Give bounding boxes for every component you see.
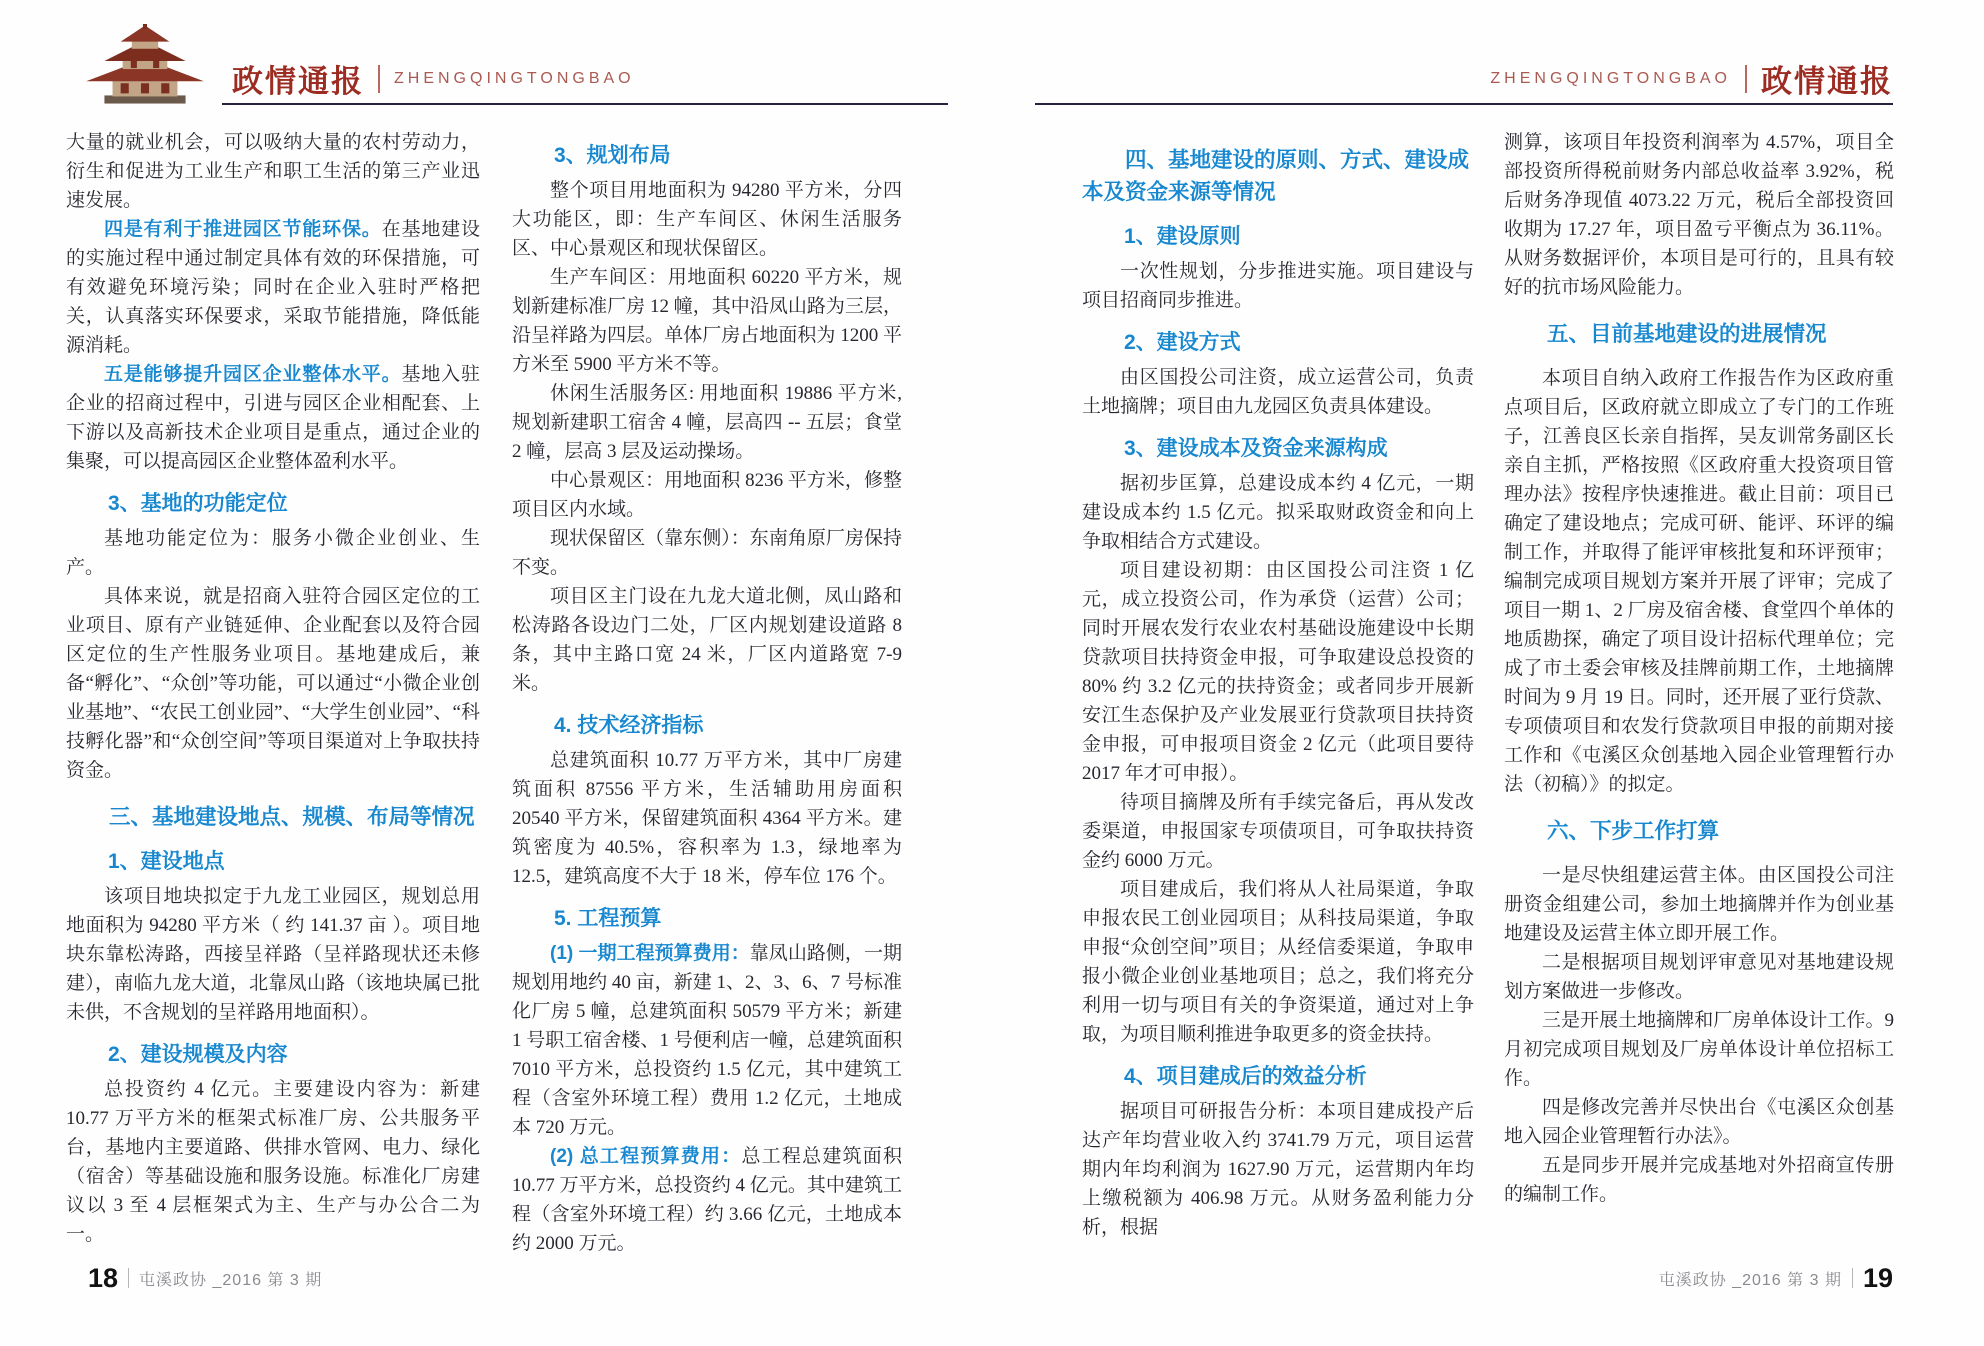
paragraph: 五是能够提升园区企业整体水平。基地入驻企业的招商过程中，引进与园区企业相配套、上… [66, 360, 480, 476]
body-text: 本项目自纳入政府工作报告作为区政府重点项目后，区政府就立即成立了专门的工作班子，… [1504, 368, 1894, 795]
masthead-divider [378, 65, 380, 93]
lead-in-text: (2) 总工程预算费用： [550, 1146, 741, 1167]
paragraph: 四是有利于推进园区节能环保。在基地建设的实施过程中通过制定具体有效的环保措施，可… [66, 215, 480, 360]
lead-in-text: 五是能够提升园区企业整体水平。 [104, 364, 401, 385]
section-heading: 六、下步工作打算 [1504, 815, 1894, 847]
sub-heading: 2、建设方式 [1082, 328, 1474, 357]
body-text: 待项目摘牌及所有手续完备后，再从发改委渠道，申报国家专项债项目，可争取扶持资金约… [1082, 792, 1474, 871]
paragraph: 五是同步开展并完成基地对外招商宣传册的编制工作。 [1504, 1151, 1894, 1209]
sub-heading: 2、建设规模及内容 [66, 1040, 480, 1069]
masthead-title-en: ZHENGQINGTONGBAO [1490, 70, 1731, 88]
sub-heading: 4. 技术经济指标 [512, 711, 902, 740]
body-text: 据初步匡算，总建设成本约 4 亿元，一期建设成本约 1.5 亿元。拟采取财政资金… [1082, 473, 1474, 552]
paragraph: 据项目可研报告分析：本项目建成投产后达产年均营业收入约 3741.79 万元，项… [1082, 1097, 1474, 1242]
body-text: 测算，该项目年投资利润率为 4.57%，项目全部投资所得税前财务内部总收益率 3… [1504, 132, 1894, 298]
journal-title: 屯溪政协 _2016 第 3 期 [139, 1267, 322, 1290]
masthead-title-cn: 政情通报 [232, 56, 364, 101]
paragraph: 大量的就业机会，可以吸纳大量的农村劳动力，衍生和促进为工业生产和职工生活的第三产… [66, 128, 480, 215]
masthead-right: ZHENGQINGTONGBAO 政情通报 [1490, 56, 1893, 101]
paragraph: 项目建设初期：由区国投公司注资 1 亿元，成立投资公司，作为承贷（运营）公司；同… [1082, 556, 1474, 788]
footer-right: 屯溪政协 _2016 第 3 期 19 [1659, 1263, 1893, 1293]
sub-heading: 5. 工程预算 [512, 904, 902, 933]
body-text: 二是根据项目规划评审意见对基地建设规划方案做进一步修改。 [1504, 952, 1894, 1002]
sub-heading: 3、规划布局 [512, 141, 902, 170]
paragraph: 基地功能定位为：服务小微企业创业、生产。 [66, 524, 480, 582]
paragraph: 一次性规划，分步推进实施。项目建设与项目招商同步推进。 [1082, 257, 1474, 315]
paragraph: 整个项目用地面积为 94280 平方米，分四大功能区，即：生产车间区、休闲生活服… [512, 176, 902, 263]
paragraph: 项目建成后，我们将从人社局渠道，争取申报农民工创业园项目；从科技局渠道，争取申报… [1082, 875, 1474, 1049]
paragraph: (1) 一期工程预算费用：靠凤山路侧，一期规划用地约 40 亩，新建 1、2、3… [512, 939, 902, 1142]
header-rule-left [222, 103, 948, 105]
paragraph: 总投资约 4 亿元。主要建设内容为：新建 10.77 万平方米的框架式标准厂房、… [66, 1075, 480, 1249]
paragraph: 该项目地块拟定于九龙工业园区，规划总用地面积为 94280 平方米（ 约 141… [66, 882, 480, 1027]
paragraph: 二是根据项目规划评审意见对基地建设规划方案做进一步修改。 [1504, 948, 1894, 1006]
paragraph: 休闲生活服务区: 用地面积 19886 平方米, 规划新建职工宿舍 4 幢，层高… [512, 379, 902, 466]
paragraph: 测算，该项目年投资利润率为 4.57%，项目全部投资所得税前财务内部总收益率 3… [1504, 128, 1894, 302]
journal-title: 屯溪政协 _2016 第 3 期 [1659, 1267, 1842, 1290]
text-column-4: 测算，该项目年投资利润率为 4.57%，项目全部投资所得税前财务内部总收益率 3… [1504, 128, 1894, 1209]
body-text: 五是同步开展并完成基地对外招商宣传册的编制工作。 [1504, 1155, 1894, 1205]
body-text: 一次性规划，分步推进实施。项目建设与项目招商同步推进。 [1082, 261, 1474, 311]
paragraph: 三是开展土地摘牌和厂房单体设计工作。9 月初完成项目规划及厂房单体设计单位招标工… [1504, 1006, 1894, 1093]
paragraph: 一是尽快组建运营主体。由区国投公司注册资金组建公司，参加土地摘牌并作为创业基地建… [1504, 861, 1894, 948]
footer-divider [128, 1268, 129, 1288]
body-text: 项目区主门设在九龙大道北侧，凤山路和松涛路各设边门二处，厂区内规划建设道路 8 … [512, 586, 902, 694]
masthead-title-cn: 政情通报 [1761, 56, 1893, 101]
section-heading: 五、目前基地建设的进展情况 [1504, 318, 1894, 350]
sub-heading: 4、项目建成后的效益分析 [1082, 1062, 1474, 1091]
pagoda-logo-image [74, 24, 216, 106]
paragraph: 本项目自纳入政府工作报告作为区政府重点项目后，区政府就立即成立了专门的工作班子，… [1504, 364, 1894, 799]
text-column-3: 四、基地建设的原则、方式、建设成本及资金来源等情况1、建设原则一次性规划，分步推… [1082, 128, 1474, 1242]
paragraph: 总建筑面积 10.77 万平方米，其中厂房建筑面积 87556 平方米，生活辅助… [512, 746, 902, 891]
footer-left: 18 屯溪政协 _2016 第 3 期 [88, 1263, 322, 1293]
page-number: 18 [88, 1263, 118, 1293]
sub-heading: 1、建设地点 [66, 847, 480, 876]
masthead-left: 政情通报 ZHENGQINGTONGBAO [232, 56, 635, 101]
paragraph: (2) 总工程预算费用：总工程总建筑面积 10.77 万平方米，总投资约 4 亿… [512, 1142, 902, 1258]
body-text: 大量的就业机会，可以吸纳大量的农村劳动力，衍生和促进为工业生产和职工生活的第三产… [66, 132, 480, 211]
lead-in-text: 四是有利于推进园区节能环保。 [104, 219, 382, 240]
paragraph: 由区国投公司注资，成立运营公司，负责土地摘牌；项目由九龙园区负责具体建设。 [1082, 363, 1474, 421]
paragraph: 中心景观区：用地面积 8236 平方米，修整项目区内水域。 [512, 466, 902, 524]
lead-in-text: (1) 一期工程预算费用： [550, 943, 750, 964]
paragraph: 四是修改完善并尽快出台《屯溪区众创基地入园企业管理暂行办法》。 [1504, 1093, 1894, 1151]
body-text: 总建筑面积 10.77 万平方米，其中厂房建筑面积 87556 平方米，生活辅助… [512, 750, 902, 887]
sub-heading: 3、建设成本及资金来源构成 [1082, 434, 1474, 463]
text-column-2: 3、规划布局整个项目用地面积为 94280 平方米，分四大功能区，即：生产车间区… [512, 128, 902, 1258]
paragraph: 现状保留区（靠东侧）：东南角原厂房保持不变。 [512, 524, 902, 582]
body-text: 中心景观区：用地面积 8236 平方米，修整项目区内水域。 [512, 470, 902, 520]
body-text: 休闲生活服务区: 用地面积 19886 平方米, 规划新建职工宿舍 4 幢，层高… [512, 383, 902, 462]
paragraph: 生产车间区：用地面积 60220 平方米，规划新建标准厂房 12 幢，其中沿凤山… [512, 263, 902, 379]
body-text: 靠凤山路侧，一期规划用地约 40 亩，新建 1、2、3、6、7 号标准化厂房 5… [512, 943, 902, 1138]
body-text: 整个项目用地面积为 94280 平方米，分四大功能区，即：生产车间区、休闲生活服… [512, 180, 902, 259]
text-column-1: 大量的就业机会，可以吸纳大量的农村劳动力，衍生和促进为工业生产和职工生活的第三产… [66, 128, 480, 1249]
footer-divider [1852, 1268, 1853, 1288]
paragraph: 待项目摘牌及所有手续完备后，再从发改委渠道，申报国家专项债项目，可争取扶持资金约… [1082, 788, 1474, 875]
body-text: 基地功能定位为：服务小微企业创业、生产。 [66, 528, 480, 578]
sub-heading: 3、基地的功能定位 [66, 489, 480, 518]
page-number: 19 [1863, 1263, 1893, 1293]
body-text: 据项目可研报告分析：本项目建成投产后达产年均营业收入约 3741.79 万元，项… [1082, 1101, 1474, 1238]
section-heading: 四、基地建设的原则、方式、建设成本及资金来源等情况 [1082, 144, 1474, 208]
body-text: 该项目地块拟定于九龙工业园区，规划总用地面积为 94280 平方米（ 约 141… [66, 886, 480, 1023]
section-heading: 三、基地建设地点、规模、布局等情况 [66, 801, 480, 833]
paragraph: 具体来说，就是招商入驻符合园区定位的工业项目、原有产业链延伸、企业配套以及符合园… [66, 582, 480, 785]
body-text: 现状保留区（靠东侧）：东南角原厂房保持不变。 [512, 528, 902, 578]
body-text: 三是开展土地摘牌和厂房单体设计工作。9 月初完成项目规划及厂房单体设计单位招标工… [1504, 1010, 1894, 1089]
body-text: 项目建设初期：由区国投公司注资 1 亿元，成立投资公司，作为承贷（运营）公司；同… [1082, 560, 1474, 784]
magazine-spread: 政情通报 ZHENGQINGTONGBAO ZHENGQINGTONGBAO 政… [0, 0, 1984, 1346]
paragraph: 项目区主门设在九龙大道北侧，凤山路和松涛路各设边门二处，厂区内规划建设道路 8 … [512, 582, 902, 698]
body-text: 总投资约 4 亿元。主要建设内容为：新建 10.77 万平方米的框架式标准厂房、… [66, 1079, 480, 1245]
masthead-title-en: ZHENGQINGTONGBAO [394, 70, 635, 88]
body-text: 生产车间区：用地面积 60220 平方米，规划新建标准厂房 12 幢，其中沿凤山… [512, 267, 902, 375]
paragraph: 据初步匡算，总建设成本约 4 亿元，一期建设成本约 1.5 亿元。拟采取财政资金… [1082, 469, 1474, 556]
body-text: 由区国投公司注资，成立运营公司，负责土地摘牌；项目由九龙园区负责具体建设。 [1082, 367, 1474, 417]
body-text: 项目建成后，我们将从人社局渠道，争取申报农民工创业园项目；从科技局渠道，争取申报… [1082, 879, 1474, 1045]
body-text: 具体来说，就是招商入驻符合园区定位的工业项目、原有产业链延伸、企业配套以及符合园… [66, 586, 480, 781]
body-text: 一是尽快组建运营主体。由区国投公司注册资金组建公司，参加土地摘牌并作为创业基地建… [1504, 865, 1894, 944]
sub-heading: 1、建设原则 [1082, 222, 1474, 251]
masthead-divider [1745, 65, 1747, 93]
body-text: 四是修改完善并尽快出台《屯溪区众创基地入园企业管理暂行办法》。 [1504, 1097, 1894, 1147]
header-rule-right [1035, 103, 1893, 105]
